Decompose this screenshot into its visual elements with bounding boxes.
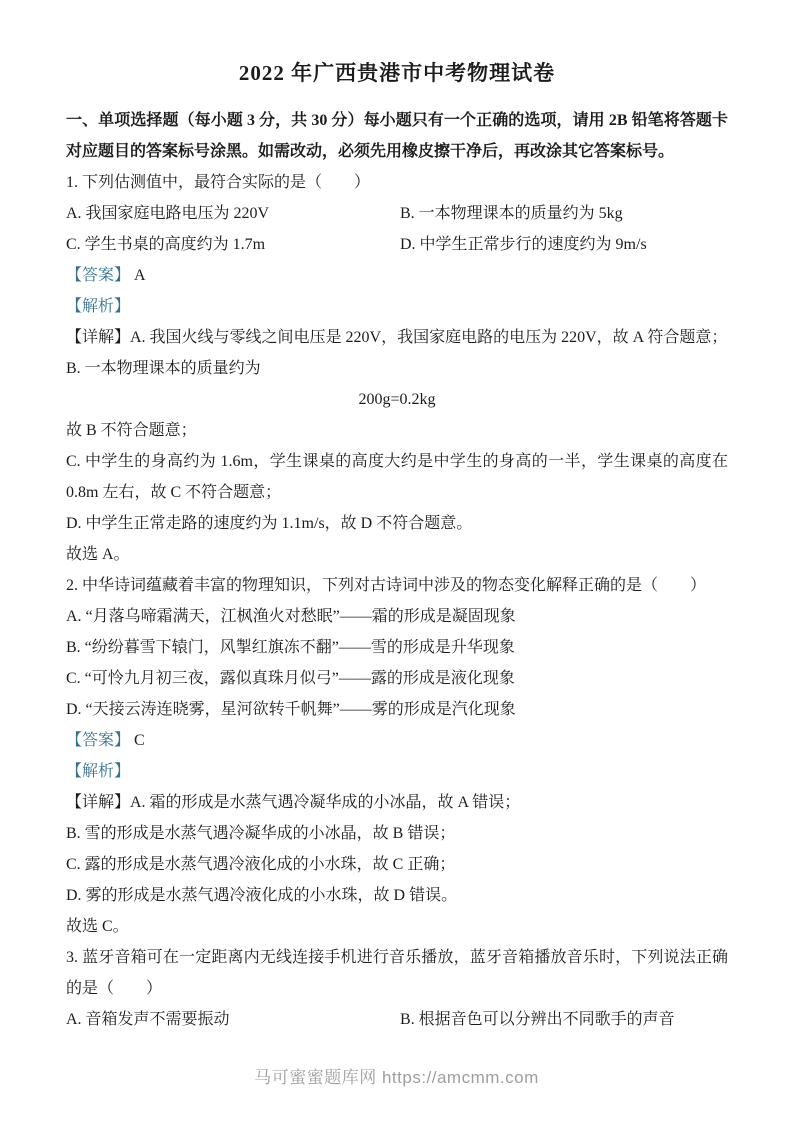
analysis-label: 【解析】 bbox=[66, 763, 130, 780]
answer-label: 【答案】 bbox=[66, 732, 130, 749]
option-a: A. “月落乌啼霜满天，江枫渔火对愁眠”——霜的形成是凝固现象 bbox=[66, 601, 728, 632]
question-1: 1. 下列估测值中，最符合实际的是（ ） A. 我国家庭电路电压为 220V B… bbox=[66, 167, 728, 570]
option-c: C. “可怜九月初三夜，露似真珠月似弓”——露的形成是液化现象 bbox=[66, 663, 728, 694]
analysis-line: 【解析】 bbox=[66, 291, 728, 322]
option-b: B. 一本物理课本的质量约为 5kg bbox=[400, 198, 728, 229]
option-b: B. 根据音色可以分辨出不同歌手的声音 bbox=[400, 1004, 728, 1035]
answer-line: 【答案】C bbox=[66, 725, 728, 756]
answer-value: A bbox=[134, 267, 146, 284]
detail-line: D. 中学生正常走路的速度约为 1.1m/s，故 D 不符合题意。 bbox=[66, 508, 728, 539]
conclusion-line: 故选 A。 bbox=[66, 539, 728, 570]
options-grid: A. 音箱发声不需要振动 B. 根据音色可以分辨出不同歌手的声音 bbox=[66, 1004, 728, 1035]
question-stem: 1. 下列估测值中，最符合实际的是（ ） bbox=[66, 167, 728, 198]
option-d: D. 中学生正常步行的速度约为 9m/s bbox=[400, 229, 728, 260]
answer-line: 【答案】A bbox=[66, 260, 728, 291]
section-intro: 一、单项选择题（每小题 3 分，共 30 分）每小题只有一个正确的选项，请用 2… bbox=[66, 105, 728, 167]
question-3: 3. 蓝牙音箱可在一定距离内无线连接手机进行音乐播放，蓝牙音箱播放音乐时，下列说… bbox=[66, 942, 728, 1035]
page-footer: 马可蜜蜜题库网 https://amcmm.com bbox=[0, 1063, 793, 1088]
formula-line: 200g=0.2kg bbox=[66, 384, 728, 415]
question-2: 2. 中华诗词蕴藏着丰富的物理知识，下列对古诗词中涉及的物态变化解释正确的是（ … bbox=[66, 570, 728, 942]
option-c: C. 学生书桌的高度约为 1.7m bbox=[66, 229, 400, 260]
options-grid: A. 我国家庭电路电压为 220V B. 一本物理课本的质量约为 5kg C. … bbox=[66, 198, 728, 260]
detail-line: 故 B 不符合题意； bbox=[66, 415, 728, 446]
question-stem: 2. 中华诗词蕴藏着丰富的物理知识，下列对古诗词中涉及的物态变化解释正确的是（ … bbox=[66, 570, 728, 601]
detail-line: C. 露的形成是水蒸气遇冷液化成的小水珠，故 C 正确； bbox=[66, 849, 728, 880]
question-stem: 3. 蓝牙音箱可在一定距离内无线连接手机进行音乐播放，蓝牙音箱播放音乐时，下列说… bbox=[66, 942, 728, 1004]
conclusion-line: 故选 C。 bbox=[66, 911, 728, 942]
detail-line: C. 中学生的身高约为 1.6m，学生课桌的高度大约是中学生的身高的一半，学生课… bbox=[66, 446, 728, 508]
option-a: A. 音箱发声不需要振动 bbox=[66, 1004, 400, 1035]
page-title: 2022 年广西贵港市中考物理试卷 bbox=[66, 56, 728, 90]
detail-line: D. 雾的形成是水蒸气遇冷液化成的小水珠，故 D 错误。 bbox=[66, 880, 728, 911]
detail-line: 【详解】A. 霜的形成是水蒸气遇冷凝华成的小冰晶，故 A 错误； bbox=[66, 787, 728, 818]
option-b: B. “纷纷暮雪下辕门，风掣红旗冻不翻”——雪的形成是升华现象 bbox=[66, 632, 728, 663]
option-d: D. “天接云涛连晓雾，星河欲转千帆舞”——雾的形成是汽化现象 bbox=[66, 694, 728, 725]
detail-line: B. 雪的形成是水蒸气遇冷凝华成的小冰晶，故 B 错误； bbox=[66, 818, 728, 849]
option-a: A. 我国家庭电路电压为 220V bbox=[66, 198, 400, 229]
analysis-label: 【解析】 bbox=[66, 298, 130, 315]
exam-page: 2022 年广西贵港市中考物理试卷 一、单项选择题（每小题 3 分，共 30 分… bbox=[0, 0, 793, 1122]
answer-label: 【答案】 bbox=[66, 267, 130, 284]
answer-value: C bbox=[134, 732, 145, 749]
detail-line: 【详解】A. 我国火线与零线之间电压是 220V，我国家庭电路的电压为 220V… bbox=[66, 322, 728, 353]
analysis-line: 【解析】 bbox=[66, 756, 728, 787]
detail-line: B. 一本物理课本的质量约为 bbox=[66, 353, 728, 384]
